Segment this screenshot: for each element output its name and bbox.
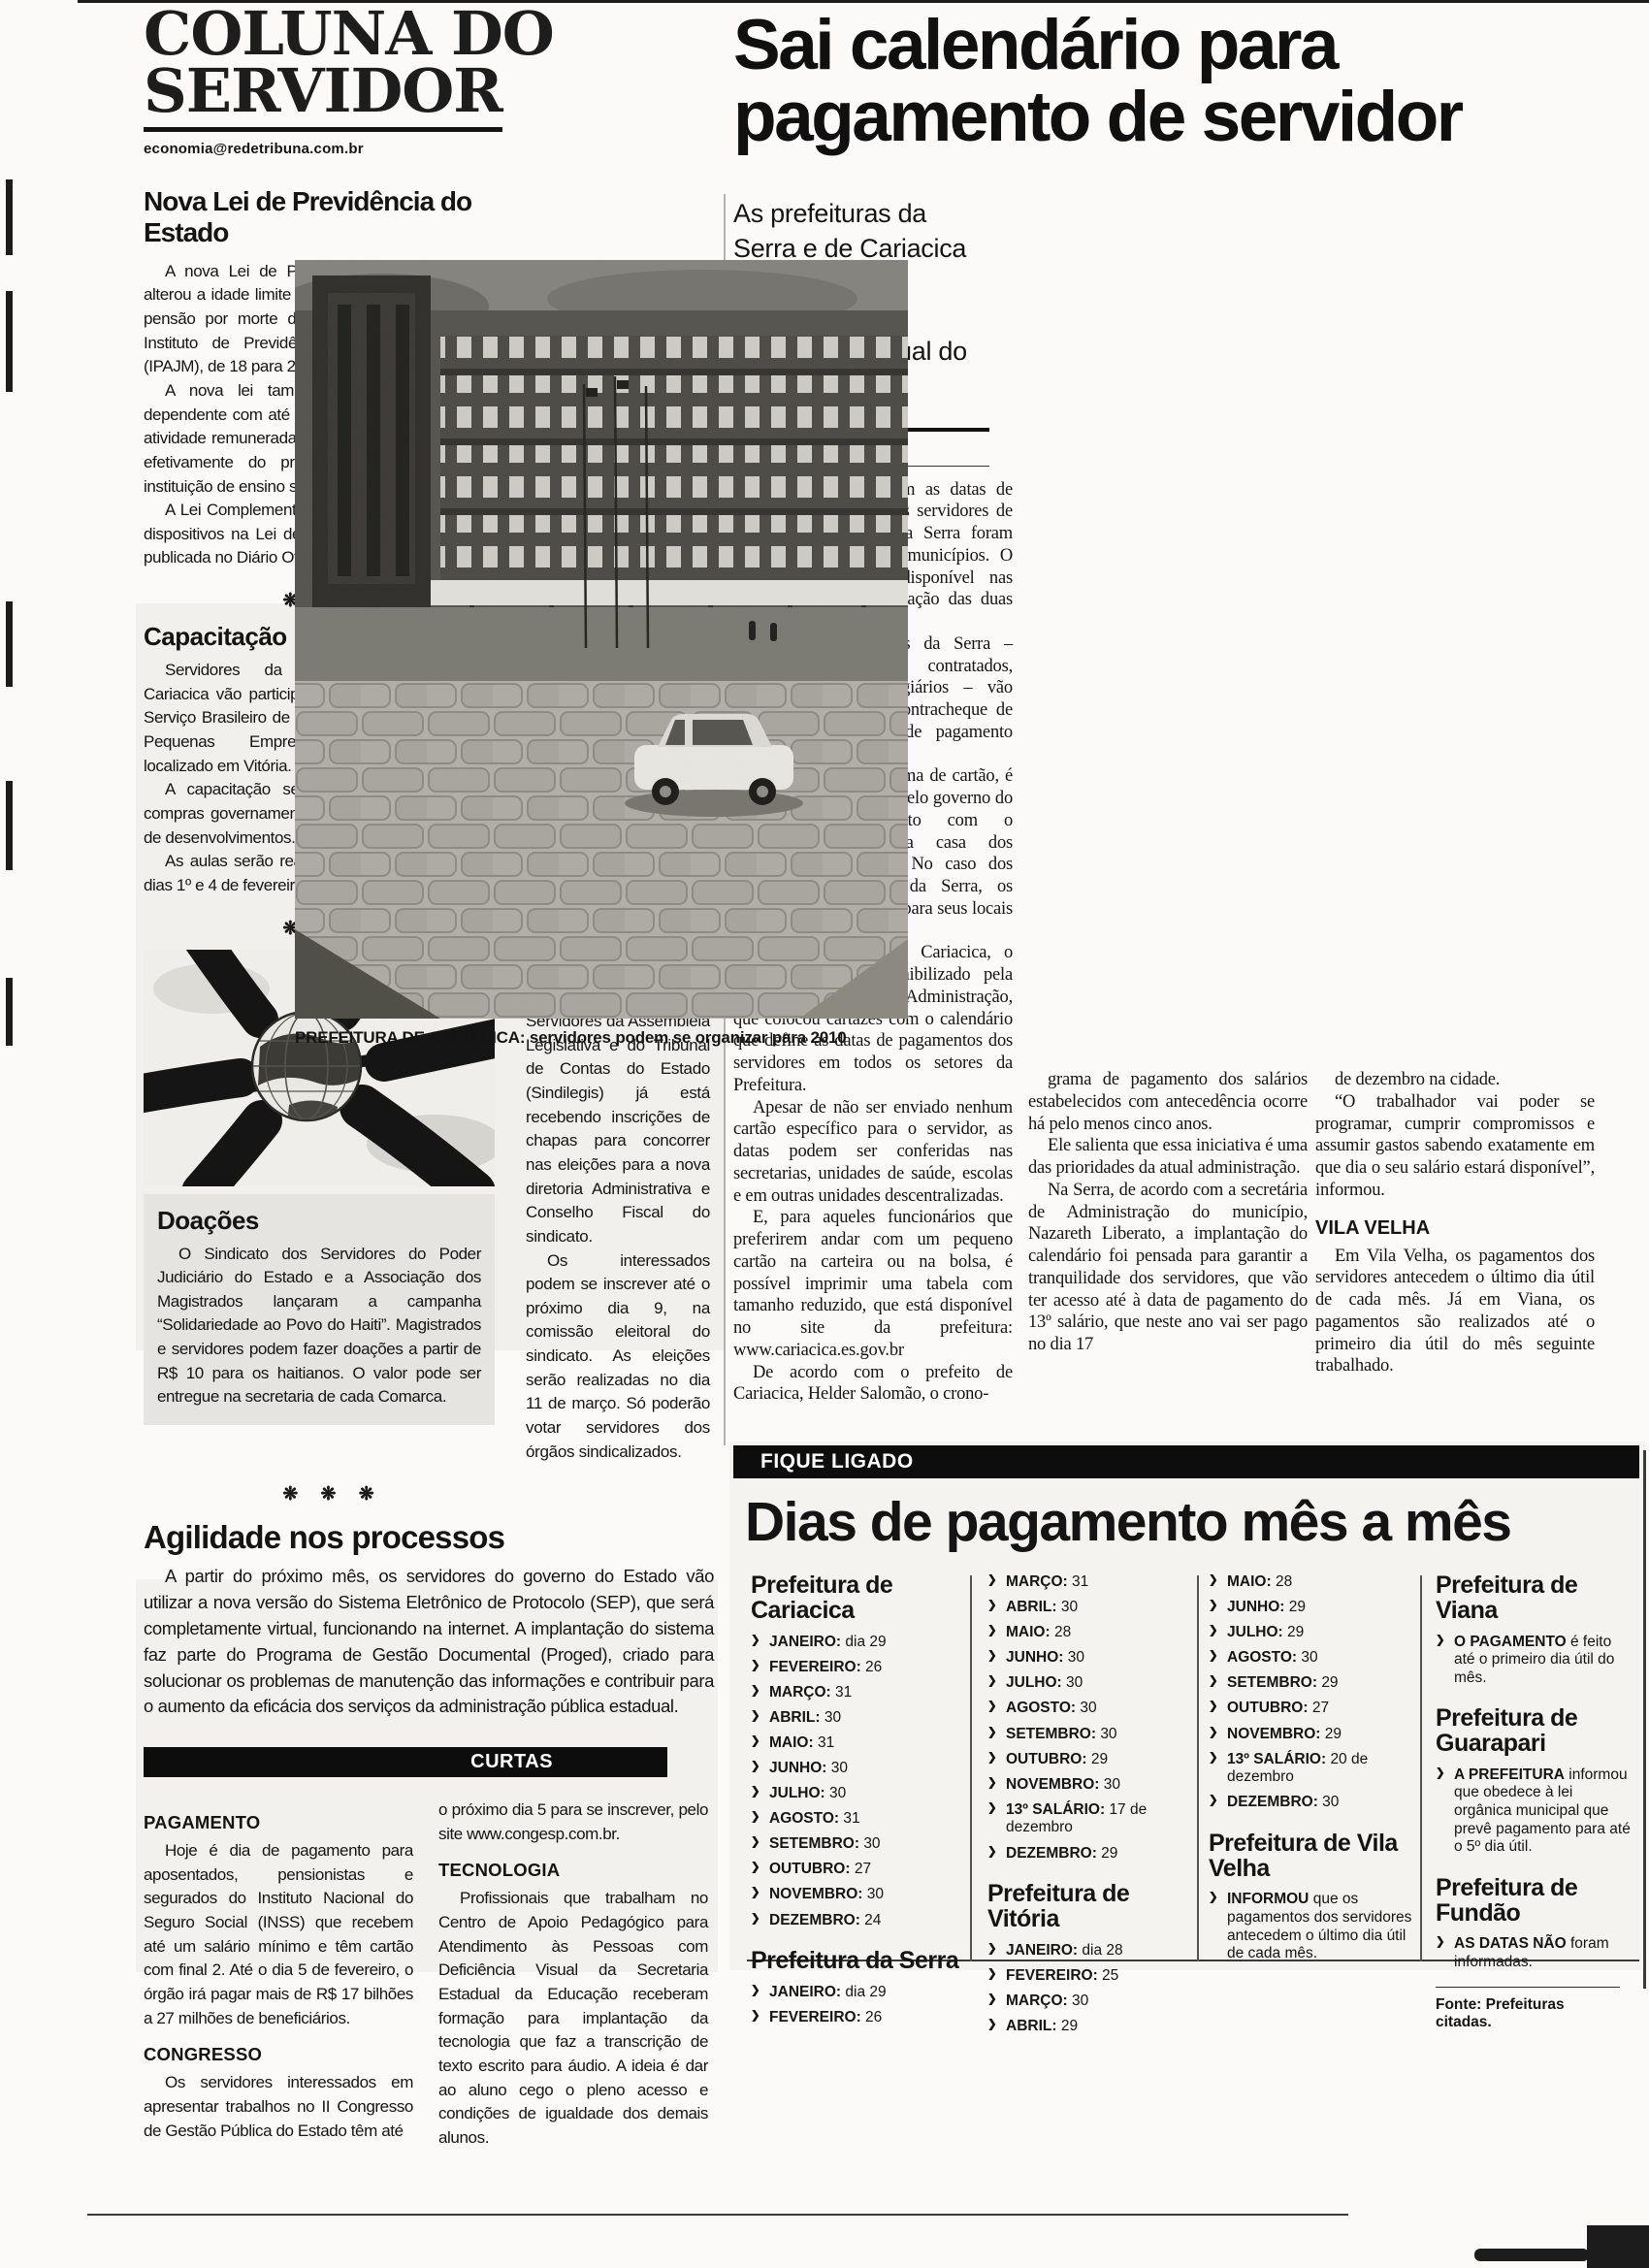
payment-label: A PREFEITURA <box>1454 1766 1565 1783</box>
source-note: Fonte: Prefeituras citadas. <box>1436 1987 1620 2031</box>
curtas-col-right: o próximo dia 5 para se inscrever, pelo … <box>438 1798 708 2150</box>
city-heading: Prefeitura de Vila Velha <box>1209 1831 1412 1882</box>
payment-list-fundao: AS DATAS NÃO foram informadas. <box>1436 1935 1633 1971</box>
payment-label: FEVEREIRO: <box>769 1659 861 1675</box>
article-title: Nova Lei de Previdência do Estado <box>144 186 549 248</box>
payment-value: 28 <box>1276 1573 1292 1590</box>
payment-list-viana: O PAGAMENTO é feito até o primeiro dia ú… <box>1436 1634 1633 1688</box>
payment-label: ABRIL: <box>1006 1599 1057 1615</box>
payment-columns: Prefeitura de Cariacica JANEIRO: dia 29F… <box>733 1573 1639 1981</box>
masthead-rule <box>144 127 502 132</box>
masthead-line2: SERVIDOR <box>144 63 714 120</box>
payment-label: MAIO: <box>1227 1573 1272 1590</box>
payment-value: 29 <box>1325 1726 1342 1742</box>
payment-item: SETEMBRO: 30 <box>751 1835 964 1854</box>
payment-item: AGOSTO: 30 <box>1209 1649 1412 1668</box>
payment-label: JANEIRO: <box>769 1984 841 2000</box>
payment-item: JUNHO: 29 <box>1209 1599 1412 1617</box>
payment-item: DEZEMBRO: 30 <box>1209 1794 1412 1812</box>
payment-label: MAIO: <box>1006 1624 1051 1640</box>
curtas-col-left: PAGAMENTO Hoje é dia de pagamento para a… <box>144 1798 413 2150</box>
payment-label: JULHO: <box>1227 1624 1283 1640</box>
payment-value: 29 <box>1289 1599 1306 1615</box>
payment-label: SETEMBRO: <box>1006 1726 1096 1742</box>
payment-label: O PAGAMENTO <box>1454 1634 1567 1650</box>
article-body: A partir do próximo mês, os servidores d… <box>144 1564 714 1720</box>
payment-value: 31 <box>835 1684 852 1701</box>
payment-value: 30 <box>829 1785 846 1801</box>
payment-value: 30 <box>1068 1649 1084 1666</box>
payment-item: 13º SALÁRIO: 20 de dezembro <box>1209 1751 1412 1787</box>
payment-value: dia 29 <box>845 1634 886 1650</box>
payment-item: 13º SALÁRIO: 17 de dezembro <box>987 1801 1195 1837</box>
city-heading: Prefeitura de Cariacica <box>751 1573 964 1624</box>
payment-item: SETEMBRO: 29 <box>1209 1674 1412 1693</box>
article-body: O Sindicato dos Servidores do Poder Judi… <box>157 1243 481 1409</box>
fique-ligado-box: FIQUE LIGADO Dias de pagamento mês a mês… <box>733 1445 1639 1981</box>
payment-list-serra-cont: MARÇO: 31ABRIL: 30MAIO: 28JUNHO: 30JULHO… <box>987 1573 1195 1863</box>
payment-item: OUTUBRO: 27 <box>751 1861 964 1879</box>
eleicao-row: Doações O Sindicato dos Servidores do Po… <box>144 950 714 1465</box>
payment-value: 30 <box>1072 1993 1088 2009</box>
article-body: O Sindicato dos Servidores da Assembleia… <box>526 987 710 1465</box>
payment-label: JUNHO: <box>769 1760 826 1776</box>
city-heading: Prefeitura de Guarapari <box>1436 1706 1633 1757</box>
payment-value: 26 <box>865 2009 882 2025</box>
payment-label: SETEMBRO: <box>769 1835 859 1852</box>
payment-item: MARÇO: 31 <box>751 1684 964 1702</box>
payment-label: INFORMOU <box>1227 1891 1309 1907</box>
payment-value: 26 <box>865 1659 882 1675</box>
payment-item: NOVEMBRO: 29 <box>1209 1726 1412 1744</box>
payment-label: AGOSTO: <box>1227 1649 1297 1666</box>
fique-ligado-bar: FIQUE LIGADO <box>733 1445 1639 1478</box>
payment-value: 28 <box>1054 1624 1071 1640</box>
brief-text: Hoje é dia de pagamento para aposentados… <box>144 1839 413 2030</box>
payment-label: ABRIL: <box>1006 2018 1057 2034</box>
payment-list-cariacica: JANEIRO: dia 29FEVEREIRO: 26MARÇO: 31ABR… <box>751 1634 964 1930</box>
payment-item: JANEIRO: dia 28 <box>987 1942 1195 1960</box>
headline-line2: pagamento de servidor <box>733 81 1649 153</box>
payment-value: 30 <box>867 1886 884 1902</box>
brief-text: Os servidores interessados em apresentar… <box>144 2071 413 2143</box>
payment-value: dia 28 <box>1082 1942 1122 1959</box>
payment-label: MARÇO: <box>769 1684 831 1701</box>
brief-text: Profissionais que trabalham no Centro de… <box>438 1887 708 2150</box>
payment-label: FEVEREIRO: <box>1006 1967 1098 1984</box>
payment-item: JANEIRO: dia 29 <box>751 1984 964 2002</box>
payment-item: O PAGAMENTO é feito até o primeiro dia ú… <box>1436 1634 1633 1688</box>
payment-value: 30 <box>1061 1599 1078 1615</box>
payment-list-vila-velha: INFORMOU que os pagamentos dos servidore… <box>1209 1891 1412 1962</box>
payment-value: 27 <box>1312 1700 1329 1716</box>
article-title: Agilidade nos processos <box>144 1519 714 1556</box>
caption-rest: servidores podem se organizar para 2010 <box>525 1028 846 1047</box>
star-separator-icon: ❋ ❋ ❋ <box>173 1483 493 1506</box>
city-heading: Prefeitura de Vitória <box>987 1882 1195 1932</box>
payment-label: JUNHO: <box>1227 1599 1284 1615</box>
payment-item: ABRIL: 30 <box>987 1599 1195 1617</box>
scan-artifact <box>87 2214 1348 2216</box>
payment-item: MAIO: 31 <box>751 1734 964 1753</box>
payment-label: MARÇO: <box>1006 1573 1068 1590</box>
curtas-section: PAGAMENTO Hoje é dia de pagamento para a… <box>144 1798 714 2150</box>
payment-item: JULHO: 30 <box>751 1785 964 1803</box>
payment-value: 30 <box>1080 1700 1096 1716</box>
payment-label: FEVEREIRO: <box>769 2009 861 2025</box>
section-masthead: COLUNA DO SERVIDOR <box>144 6 714 120</box>
payment-col-3: MAIO: 28JUNHO: 29JULHO: 29AGOSTO: 30SETE… <box>1209 1573 1412 1970</box>
payment-item: JANEIRO: dia 29 <box>751 1634 964 1652</box>
payment-value: 27 <box>855 1861 871 1877</box>
payment-value: 30 <box>1066 1674 1083 1691</box>
payment-label: AS DATAS NÃO <box>1454 1935 1567 1952</box>
scan-artifact <box>6 291 13 392</box>
paragraph: Apesar de não ser enviado nenhum cartão … <box>733 1097 1013 1208</box>
payment-label: OUTUBRO: <box>1006 1751 1087 1767</box>
payment-label: MAIO: <box>769 1734 814 1751</box>
payment-label: SETEMBRO: <box>1227 1674 1317 1691</box>
payment-label: OUTUBRO: <box>769 1861 851 1877</box>
payment-item: AS DATAS NÃO foram informadas. <box>1436 1935 1633 1971</box>
payment-value: 29 <box>1321 1674 1338 1691</box>
brief-title: CONGRESSO <box>144 2044 413 2065</box>
prefeitura-building-illustration <box>295 260 908 1019</box>
article-eleicao: Eleição O Sindicato dos Servidores da As… <box>526 950 710 1465</box>
payment-col-4: Prefeitura de Viana O PAGAMENTO é feito … <box>1436 1573 1633 2031</box>
column-rule <box>1420 1575 1422 1961</box>
article-title: Doações <box>157 1206 481 1236</box>
payment-label: NOVEMBRO: <box>769 1886 862 1902</box>
payment-item: FEVEREIRO: 26 <box>751 1659 964 1677</box>
brief-title: PAGAMENTO <box>144 1812 413 1833</box>
photo-caption: PREFEITURA DE CARIACICA: servidores pode… <box>295 1028 912 1048</box>
payment-value: 29 <box>1061 2018 1078 2034</box>
payment-item: A PREFEITURA informou que obedece à lei … <box>1436 1766 1633 1857</box>
payment-item: AGOSTO: 31 <box>751 1810 964 1829</box>
left-photo-stack: Doações O Sindicato dos Servidores do Po… <box>144 950 495 1465</box>
payment-item: JULHO: 30 <box>987 1674 1195 1693</box>
payment-list-guarapari: A PREFEITURA informou que obedece à lei … <box>1436 1766 1633 1857</box>
payment-label: AGOSTO: <box>1006 1700 1076 1716</box>
city-heading: Prefeitura de Fundão <box>1436 1876 1633 1927</box>
paragraph: O Sindicato dos Servidores da Assembleia… <box>526 987 710 1249</box>
payment-col-1: Prefeitura de Cariacica JANEIRO: dia 29F… <box>751 1573 964 2034</box>
city-heading: Prefeitura de Viana <box>1436 1573 1633 1624</box>
payment-item: ABRIL: 30 <box>751 1709 964 1728</box>
payment-item: DEZEMBRO: 24 <box>751 1912 964 1930</box>
payment-label: JUNHO: <box>1006 1649 1063 1666</box>
payment-value: 29 <box>1091 1751 1108 1767</box>
payment-item: SETEMBRO: 30 <box>987 1726 1195 1744</box>
payment-label: ABRIL: <box>769 1709 821 1726</box>
payment-item: OUTUBRO: 27 <box>1209 1700 1412 1718</box>
payment-value: 31 <box>1072 1573 1088 1590</box>
payment-value: 30 <box>1322 1794 1339 1810</box>
payment-value: 31 <box>818 1734 834 1751</box>
payment-value: dia 29 <box>845 1984 886 2000</box>
payment-item: MARÇO: 31 <box>987 1573 1195 1592</box>
article-doacoes: Doações O Sindicato dos Servidores do Po… <box>144 1194 495 1425</box>
paragraph: E, para aqueles funcionários que preferi… <box>733 1207 1013 1361</box>
payment-value: 25 <box>1102 1967 1118 1984</box>
paragraph: De acordo com o prefeito de Cariacica, H… <box>733 1362 1013 1407</box>
payment-item: NOVEMBRO: 30 <box>751 1886 964 1904</box>
brief-title: TECNOLOGIA <box>438 1860 708 1881</box>
payment-value: 24 <box>864 1912 881 1928</box>
payment-label: 13º SALÁRIO: <box>1227 1751 1326 1767</box>
payment-value: 31 <box>843 1810 859 1827</box>
payment-label: AGOSTO: <box>769 1810 839 1827</box>
payment-item: FEVEREIRO: 25 <box>987 1967 1195 1986</box>
payment-value: 30 <box>1100 1726 1116 1742</box>
column-rule <box>1197 1575 1199 1961</box>
payment-item: MARÇO: 30 <box>987 1993 1195 2011</box>
scan-artifact <box>1587 2225 1649 2268</box>
payment-item: AGOSTO: 30 <box>987 1700 1195 1718</box>
payment-value: 30 <box>824 1709 841 1726</box>
prefeitura-photo <box>295 260 908 1019</box>
payment-value: 30 <box>1301 1649 1317 1666</box>
payment-item: OUTUBRO: 29 <box>987 1751 1195 1769</box>
payment-item: ABRIL: 29 <box>987 2018 1195 2036</box>
payment-label: DEZEMBRO: <box>769 1912 860 1928</box>
curtas-bar: CURTAS <box>144 1747 667 1777</box>
scan-artifact <box>6 601 13 687</box>
payment-label: MARÇO: <box>1006 1993 1068 2009</box>
payment-item: FEVEREIRO: 26 <box>751 2009 964 2027</box>
payment-value: 29 <box>1287 1624 1304 1640</box>
caption-lead: PREFEITURA DE CARIACICA: <box>295 1028 525 1047</box>
payment-item: MAIO: 28 <box>1209 1573 1412 1592</box>
payment-item: JUNHO: 30 <box>751 1760 964 1778</box>
scan-artifact <box>1474 2249 1589 2261</box>
main-headline: Sai calendário para pagamento de servido… <box>733 10 1649 154</box>
payment-label: JULHO: <box>769 1785 825 1801</box>
payment-item: JUNHO: 30 <box>987 1649 1195 1668</box>
city-heading: Prefeitura da Serra <box>751 1949 964 1974</box>
payment-label: DEZEMBRO: <box>1227 1794 1318 1810</box>
payment-list-vitoria: JANEIRO: dia 28FEVEREIRO: 25MARÇO: 30ABR… <box>987 1942 1195 2036</box>
scan-artifact <box>6 179 13 255</box>
scan-artifact <box>6 978 13 1046</box>
payment-label: JANEIRO: <box>769 1634 841 1650</box>
scan-artifact <box>6 781 13 870</box>
article-agilidade: Agilidade nos processos A partir do próx… <box>144 1519 714 1720</box>
column-rule <box>970 1575 972 1961</box>
payment-value: 30 <box>1104 1776 1120 1793</box>
brief-continuation: o próximo dia 5 para se inscrever, pelo … <box>438 1798 708 1846</box>
payment-value: 30 <box>831 1760 848 1776</box>
section-email[interactable]: economia@redetribuna.com.br <box>144 141 714 157</box>
payment-list-serra: JANEIRO: dia 29FEVEREIRO: 26 <box>751 1984 964 2027</box>
payment-value: 29 <box>1101 1845 1117 1862</box>
payment-item: MAIO: 28 <box>987 1624 1195 1642</box>
paragraph: Os interessados podem se inscrever até o… <box>526 1249 710 1465</box>
payment-item: JULHO: 29 <box>1209 1624 1412 1642</box>
payment-label: NOVEMBRO: <box>1227 1726 1320 1742</box>
payment-col-2: MARÇO: 31ABRIL: 30MAIO: 28JUNHO: 30JULHO… <box>987 1573 1195 2043</box>
payment-item: INFORMOU que os pagamentos dos servidore… <box>1209 1891 1412 1962</box>
paragraph: A partir do próximo mês, os servidores d… <box>144 1564 714 1720</box>
payment-label: DEZEMBRO: <box>1006 1845 1097 1862</box>
payment-item: NOVEMBRO: 30 <box>987 1776 1195 1795</box>
paragraph: O Sindicato dos Servidores do Poder Judi… <box>157 1243 481 1409</box>
fique-ligado-title: Dias de pagamento mês a mês <box>745 1490 1639 1554</box>
headline-line1: Sai calendário para <box>733 10 1649 81</box>
payment-item: DEZEMBRO: 29 <box>987 1845 1195 1863</box>
payment-value: 30 <box>863 1835 880 1852</box>
payment-list-vitoria-cont: MAIO: 28JUNHO: 29JULHO: 29AGOSTO: 30SETE… <box>1209 1573 1412 1812</box>
payment-label: JULHO: <box>1006 1674 1062 1691</box>
payment-label: NOVEMBRO: <box>1006 1776 1099 1793</box>
payment-label: 13º SALÁRIO: <box>1006 1801 1105 1818</box>
scan-artifact <box>1643 1450 1646 1989</box>
payment-label: OUTUBRO: <box>1227 1700 1309 1716</box>
payment-label: JANEIRO: <box>1006 1942 1078 1959</box>
